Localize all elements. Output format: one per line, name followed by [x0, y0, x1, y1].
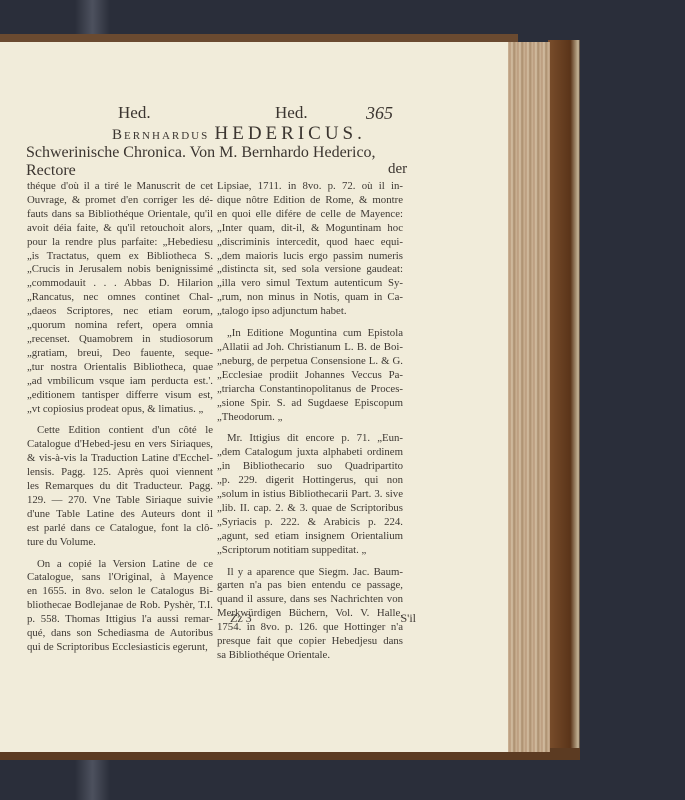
- book-cover-right: [548, 40, 580, 758]
- text-line: Il y a aparence que Siegm. Jac. Baum-: [217, 566, 403, 580]
- text-line: en quoi elle difére de celle de Mayence:: [217, 208, 403, 222]
- entry-first-name: Bernhardus: [112, 127, 209, 143]
- text-line: qui de Scriptoribus Ecclesiasticis egeru…: [27, 641, 213, 655]
- text-line: Catalogue, sans l'Original, à Mayence: [27, 571, 213, 585]
- text-line: „discriminis intercedit, quod haec equi-: [217, 236, 403, 250]
- entry-subtitle-continuation: der: [388, 161, 407, 178]
- text-line: garten n'a pas bien entendu ce passage,: [217, 579, 403, 593]
- text-line: „lib. II. cap. 2. & 3. quae de Scriptori…: [217, 502, 403, 516]
- text-line: „sione Spir. S. ad Sugdaese Episcopum: [217, 397, 403, 411]
- text-line: théque d'où il a tiré le Manuscrit de ce…: [27, 180, 213, 194]
- text-line: „In Editione Moguntina cum Epistola: [217, 327, 403, 341]
- entry-title: Bernhardus HEDERICUS.: [112, 123, 366, 145]
- text-line: „illa vero simul Textum autenticum Sy-: [217, 277, 403, 291]
- text-line: „is Tractatus, quem ex Bibliotheca S.: [27, 250, 213, 264]
- running-head: Hed. Hed. 365: [0, 103, 410, 125]
- text-line: ture du Volume.: [27, 536, 213, 550]
- text-line: lensis. Pagg. 125. Après quoi viennent: [27, 466, 213, 480]
- text-line: „dem Catalogum juxta alphabeti ordinem: [217, 446, 403, 460]
- text-line: „Crucis in Jerusalem nobis benignissimé: [27, 263, 213, 277]
- paragraph: On a copié la Version Latine de ceCatalo…: [27, 558, 213, 655]
- running-head-left: Hed.: [118, 103, 151, 123]
- text-line: fauts dans sa Bibliothéque Orientale, qu…: [27, 208, 213, 222]
- text-line: „editionem tantisper differre visum est,: [27, 389, 213, 403]
- text-line: & vis-à-vis la Traduction Latine d'Ecche…: [27, 452, 213, 466]
- text-line: „p. 229. digerit Hottingerus, qui non: [217, 474, 403, 488]
- text-line: Mr. Ittigius dit encore p. 71. „Eun-: [217, 432, 403, 446]
- text-line: „daeos Scriptores, nec etiam eorum,: [27, 305, 213, 319]
- text-line: „vt copiosius prodeat opus, & limatius. …: [27, 403, 213, 417]
- text-line: „Rancatus, nec omnes continet Chal-: [27, 291, 213, 305]
- right-column: Lipsiae, 1711. in 8vo. p. 72. où il in-d…: [217, 180, 403, 671]
- text-line: „neburg, de perpetua Consensione L. & G.: [217, 355, 403, 369]
- text-line: dique nôtre Edition de Rome, & montre: [217, 194, 403, 208]
- text-line: „tur nostra Orientalis Bibliotheca, quae: [27, 361, 213, 375]
- paragraph: Cette Edition contient d'un côté leCatal…: [27, 424, 213, 549]
- text-line: en 1655. in 8vo. selon le Catalogus Bi-: [27, 585, 213, 599]
- entry-subtitle: Schwerinische Chronica. Von M. Bernhardo…: [26, 144, 413, 180]
- text-line: „in Bibliothecario suo Quadripartito: [217, 460, 403, 474]
- paragraph: „In Editione Moguntina cum Epistola„Alla…: [217, 327, 403, 424]
- text-line: „rum, non minus in Notis, quam in Ca-: [217, 291, 403, 305]
- text-line: presque fait que copier Hebedjesu dans: [217, 635, 403, 649]
- text-line: „ad vmbilicum vsque iam perducta est.'.: [27, 375, 213, 389]
- text-line: bliothecae Bodlejanae de Rob. Pyshèr, T.…: [27, 599, 213, 613]
- text-line: „Ecclesiae prodiit Johannes Veccus Pa-: [217, 369, 403, 383]
- text-line: pour la rendre plus parfaite: „Hebediesu: [27, 236, 213, 250]
- left-column: théque d'où il a tiré le Manuscrit de ce…: [27, 180, 213, 663]
- text-line: Lipsiae, 1711. in 8vo. p. 72. où il in-: [217, 180, 403, 194]
- text-line: p. 558. Thomas Ittigius l'a aussi remar-: [27, 613, 213, 627]
- text-line: „quorum nomina refert, opera omnia: [27, 319, 213, 333]
- page-number: 365: [366, 103, 393, 124]
- text-line: „commodauit . . . Abbas D. Hilarion: [27, 277, 213, 291]
- text-line: sa Bibliothéque Orientale.: [217, 649, 403, 663]
- text-line: les Remarques du dit Traducteur. Pagg.: [27, 480, 213, 494]
- text-line: quand il assure, dans ses Nachrichten vo…: [217, 593, 403, 607]
- text-line: On a copié la Version Latine de ce: [27, 558, 213, 572]
- running-head-center: Hed.: [275, 103, 308, 123]
- catchword: S'il: [400, 611, 416, 626]
- text-line: „agunt, sed etiam insignem Orientalium: [217, 530, 403, 544]
- signature-mark: Zz 3: [230, 611, 252, 626]
- text-line: est parlé dans ce Catalogue, font la clô…: [27, 522, 213, 536]
- text-line: 129. — 270. Vne Table Siriaque suivie: [27, 494, 213, 508]
- text-line: qué, dans son Schediasma de Autoribus: [27, 627, 213, 641]
- text-line: „Inter quam, dit-il, & Moguntinam hoc: [217, 222, 403, 236]
- text-line: „Theodorum. „: [217, 411, 403, 425]
- page-fore-edge: [508, 42, 550, 752]
- text-line: „recenset. Quamobrem in studiosorum: [27, 333, 213, 347]
- text-line: „triarcha Constantinopolitanus de Proces…: [217, 383, 403, 397]
- text-line: „gratiam, breui, Deo fauente, seque-: [27, 347, 213, 361]
- text-line: d'une Table Latine des Auteurs dont il: [27, 508, 213, 522]
- text-line: „Syriacis p. 222. & Arabicis p. 224.: [217, 516, 403, 530]
- text-line: „Allatii ad Joh. Christianum L. B. de Bo…: [217, 341, 403, 355]
- entry-surname: HEDERICUS.: [215, 123, 366, 144]
- text-line: „Scriptorum notitiam suppeditat. „: [217, 544, 403, 558]
- text-line: „distincta sit, sed sola versione gaudea…: [217, 263, 403, 277]
- text-line: „solum in istius Bibliothecarii Part. 3.…: [217, 488, 403, 502]
- text-line: „dem maioris lucis ergo passim numeris: [217, 250, 403, 264]
- paragraph: Mr. Ittigius dit encore p. 71. „Eun-„dem…: [217, 432, 403, 557]
- text-line: Ouvrage, & promet d'en corriger les dé-: [27, 194, 213, 208]
- paragraph: théque d'où il a tiré le Manuscrit de ce…: [27, 180, 213, 416]
- text-line: Cette Edition contient d'un côté le: [27, 424, 213, 438]
- text-line: Catalogue d'Hebed-jesu en vers Siriaques…: [27, 438, 213, 452]
- text-line: „talogo ipso adjunctum habet.: [217, 305, 403, 319]
- paragraph: Lipsiae, 1711. in 8vo. p. 72. où il in-d…: [217, 180, 403, 319]
- text-line: avoit déia faite, & qu'il retouchoit alo…: [27, 222, 213, 236]
